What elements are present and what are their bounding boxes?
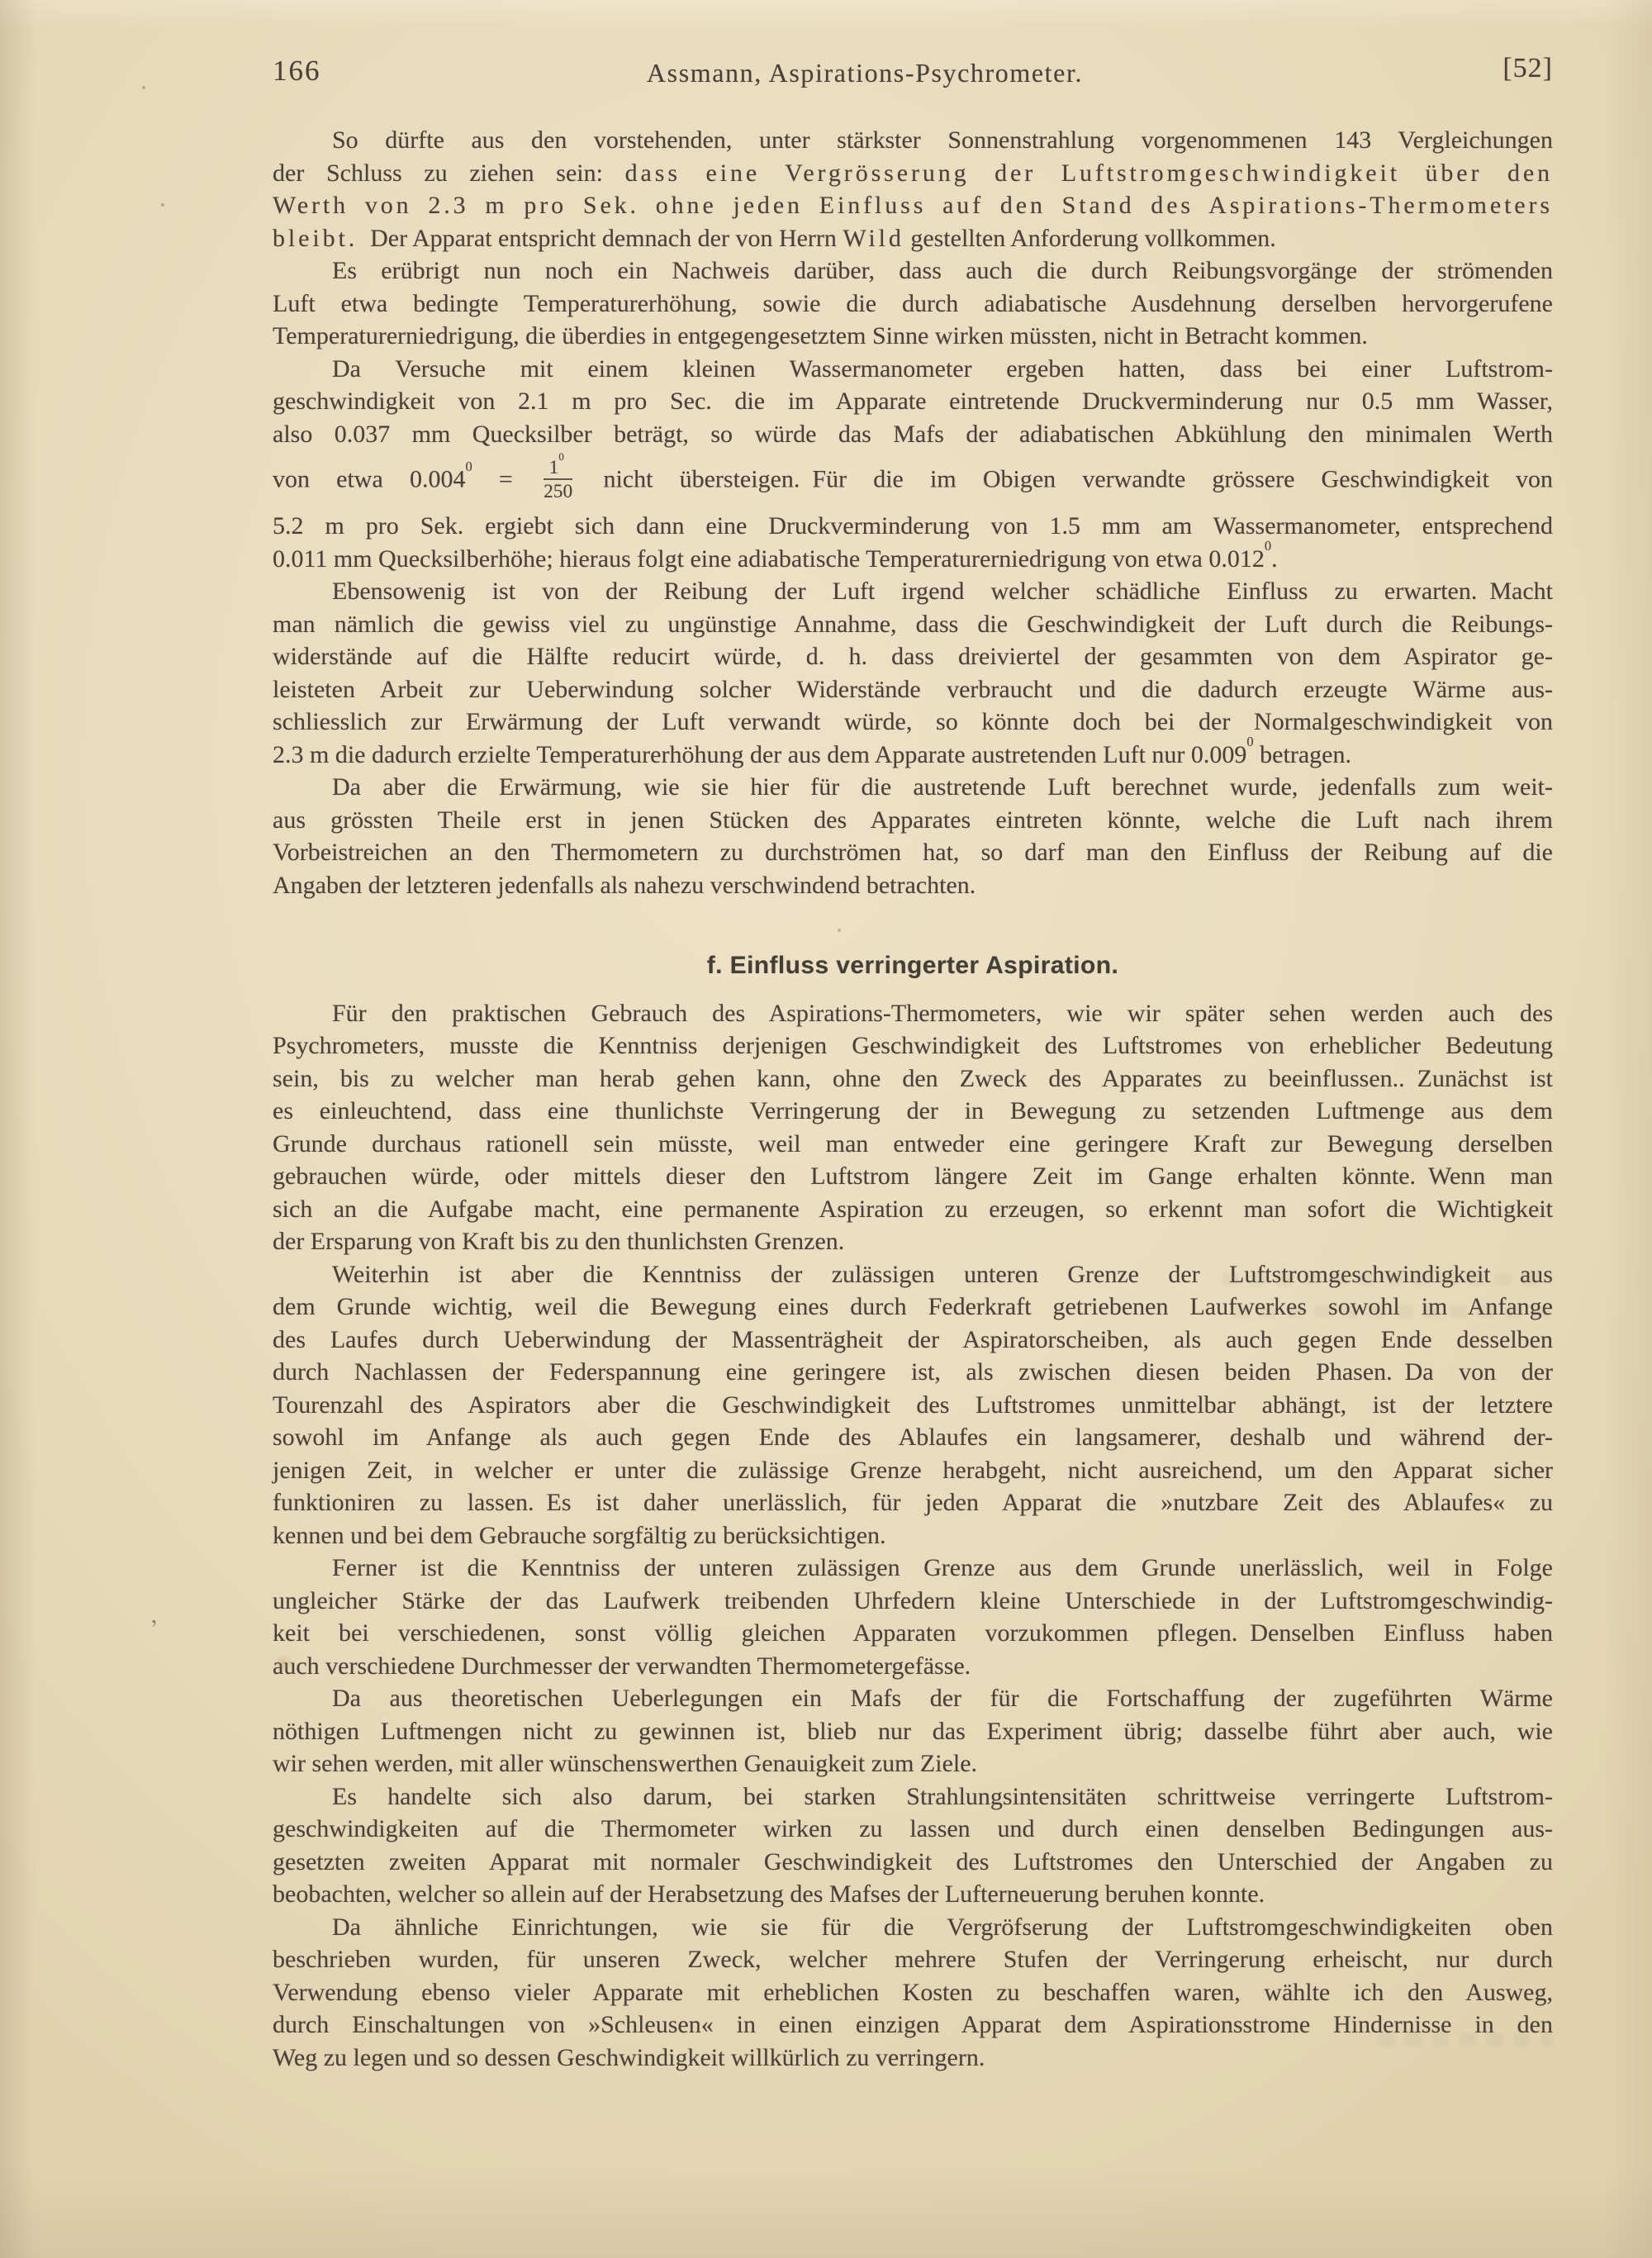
text-line: Es erübrigt nun noch ein Nachweis darübe… xyxy=(273,254,1553,288)
text-line: Temperaturerniedrigung, die überdies in … xyxy=(273,320,1553,353)
ink-margin-mark: , xyxy=(147,1601,159,1630)
text-line: des Laufes durch Ueberwindung der Massen… xyxy=(273,1324,1553,1357)
section-heading: f. Einfluss verringerter Aspiration. xyxy=(273,949,1553,982)
text-line: 5.2 m pro Sek. ergiebt sich dann eine Dr… xyxy=(273,510,1553,543)
text-line: Weg zu legen und so dessen Geschwindigke… xyxy=(273,2042,1553,2075)
text-line: Werth von 2.3 m pro Sek. ohne jeden Einf… xyxy=(273,189,1553,222)
text-line: Da aber die Erwärmung, wie sie hier für … xyxy=(273,771,1553,804)
text-line: widerstände auf die Hälfte reducirt würd… xyxy=(273,640,1553,673)
text-line: Verwendung ebenso vieler Apparate mit er… xyxy=(273,1976,1553,2009)
page-number: 166 xyxy=(273,55,321,88)
text-line: Tourenzahl des Aspirators aber die Gesch… xyxy=(273,1389,1553,1422)
text-line: von etwa 0.0040 = 10250 nicht übersteige… xyxy=(273,450,1553,510)
paragraph: Für den praktischen Gebrauch des Aspirat… xyxy=(273,997,1553,1258)
text-line: keit bei verschiedenen, sonst völlig gle… xyxy=(273,1617,1553,1650)
text-line: man nämlich die gewiss viel zu ungünstig… xyxy=(273,608,1553,641)
text-line: sein, bis zu welcher man herab gehen kan… xyxy=(273,1062,1553,1096)
text-line: sich an die Aufgabe macht, eine permanen… xyxy=(273,1193,1553,1226)
fraction: 10250 xyxy=(544,458,572,502)
text-line: gesetzten zweiten Apparat mit normaler G… xyxy=(273,1846,1553,1879)
paragraph: Da Versuche mit einem kleinen Wassermano… xyxy=(273,353,1553,576)
text-line: funktioniren zu lassen. Es ist daher une… xyxy=(273,1486,1553,1519)
paragraph: Es erübrigt nun noch ein Nachweis darübe… xyxy=(273,254,1553,353)
paragraph: Da aus theoretischen Ueberlegungen ein M… xyxy=(273,1682,1553,1780)
text-line: ungleicher Stärke der das Laufwerk treib… xyxy=(273,1585,1553,1618)
paragraph: So dürfte aus den vorstehenden, unter st… xyxy=(273,124,1553,254)
page-body-text: So dürfte aus den vorstehenden, unter st… xyxy=(273,124,1553,2074)
text-line: sowohl im Anfange als auch gegen Ende de… xyxy=(273,1421,1553,1454)
text-line: 2.3 m die dadurch erzielte Temperaturerh… xyxy=(273,739,1553,772)
text-line: also 0.037 mm Quecksilber beträgt, so wü… xyxy=(273,418,1553,451)
text-line: kennen und bei dem Gebrauche sorgfältig … xyxy=(273,1519,1553,1552)
text-line: aus grössten Theile erst in jenen Stücke… xyxy=(273,804,1553,837)
text-line: dem Grunde wichtig, weil die Bewegung ei… xyxy=(273,1291,1553,1324)
text-line: beobachten, welcher so allein auf der He… xyxy=(273,1878,1553,1911)
running-header: 166 Assmann, Aspirations-Psychrometer. [… xyxy=(273,53,1553,94)
paragraph: Ferner ist die Kenntniss der unteren zul… xyxy=(273,1552,1553,1682)
text-line: Vorbeistreichen an den Thermometern zu d… xyxy=(273,836,1553,869)
text-line: jenigen Zeit, in welcher er unter die zu… xyxy=(273,1454,1553,1487)
text-line: nöthigen Luftmengen nicht zu gewinnen is… xyxy=(273,1715,1553,1748)
text-line: Für den praktischen Gebrauch des Aspirat… xyxy=(273,997,1553,1030)
paragraph: Weiterhin ist aber die Kenntniss der zul… xyxy=(273,1258,1553,1552)
dust-speck xyxy=(142,86,145,89)
text-line: Luft etwa bedingte Temperaturerhöhung, s… xyxy=(273,288,1553,321)
text-line: wir sehen werden, mit aller wünschenswer… xyxy=(273,1747,1553,1780)
text-line: Da aus theoretischen Ueberlegungen ein M… xyxy=(273,1682,1553,1715)
scanned-book-page: 166 Assmann, Aspirations-Psychrometer. [… xyxy=(0,0,1652,2258)
text-line: Psychrometers, musste die Kenntniss derj… xyxy=(273,1029,1553,1062)
text-line: Da Versuche mit einem kleinen Wassermano… xyxy=(273,353,1553,386)
text-line: Da ähnliche Einrichtungen, wie sie für d… xyxy=(273,1911,1553,1944)
text-line: es einleuchtend, dass eine thunlichste V… xyxy=(273,1095,1553,1128)
text-line: auch verschiedene Durchmesser der verwan… xyxy=(273,1650,1553,1683)
text-line: beschrieben wurden, für unseren Zweck, w… xyxy=(273,1943,1553,1976)
running-title: Assmann, Aspirations-Psychrometer. xyxy=(647,58,1083,88)
text-line: leisteten Arbeit zur Ueberwindung solche… xyxy=(273,673,1553,706)
text-line: schliesslich zur Erwärmung der Luft verw… xyxy=(273,706,1553,739)
text-line: bleibt. Der Apparat entspricht demnach d… xyxy=(273,222,1553,255)
paragraph: Es handelte sich also darum, bei starken… xyxy=(273,1780,1553,1911)
text-line: Ferner ist die Kenntniss der unteren zul… xyxy=(273,1552,1553,1585)
text-line: gebrauchen würde, oder mittels dieser de… xyxy=(273,1160,1553,1193)
paragraph: Ebensowenig ist von der Reibung der Luft… xyxy=(273,575,1553,771)
text-line: Ebensowenig ist von der Reibung der Luft… xyxy=(273,575,1553,608)
text-line: der Ersparung von Kraft bis zu den thunl… xyxy=(273,1225,1553,1258)
paragraph: Da aber die Erwärmung, wie sie hier für … xyxy=(273,771,1553,901)
paragraph: Da ähnliche Einrichtungen, wie sie für d… xyxy=(273,1911,1553,2075)
text-line: Angaben der letzteren jedenfalls als nah… xyxy=(273,869,1553,902)
text-line: Grunde durchaus rationell sein müsste, w… xyxy=(273,1128,1553,1161)
text-line: So dürfte aus den vorstehenden, unter st… xyxy=(273,124,1553,157)
text-line: durch Einschaltungen von »Schleusen« in … xyxy=(273,2008,1553,2042)
text-line: 0.011 mm Quecksilberhöhe; hieraus folgt … xyxy=(273,543,1553,576)
text-line: geschwindigkeit von 2.1 m pro Sec. die i… xyxy=(273,385,1553,418)
text-line: geschwindigkeiten auf die Thermometer wi… xyxy=(273,1813,1553,1846)
text-line: durch Nachlassen der Federspannung eine … xyxy=(273,1356,1553,1389)
text-line: Es handelte sich also darum, bei starken… xyxy=(273,1780,1553,1814)
text-line: der Schluss zu ziehen sein: dass eine Ve… xyxy=(273,157,1553,190)
text-line: Weiterhin ist aber die Kenntniss der zul… xyxy=(273,1258,1553,1291)
dust-speck xyxy=(161,203,164,207)
dust-speck xyxy=(838,929,841,932)
issue-number: [52] xyxy=(1502,53,1553,84)
